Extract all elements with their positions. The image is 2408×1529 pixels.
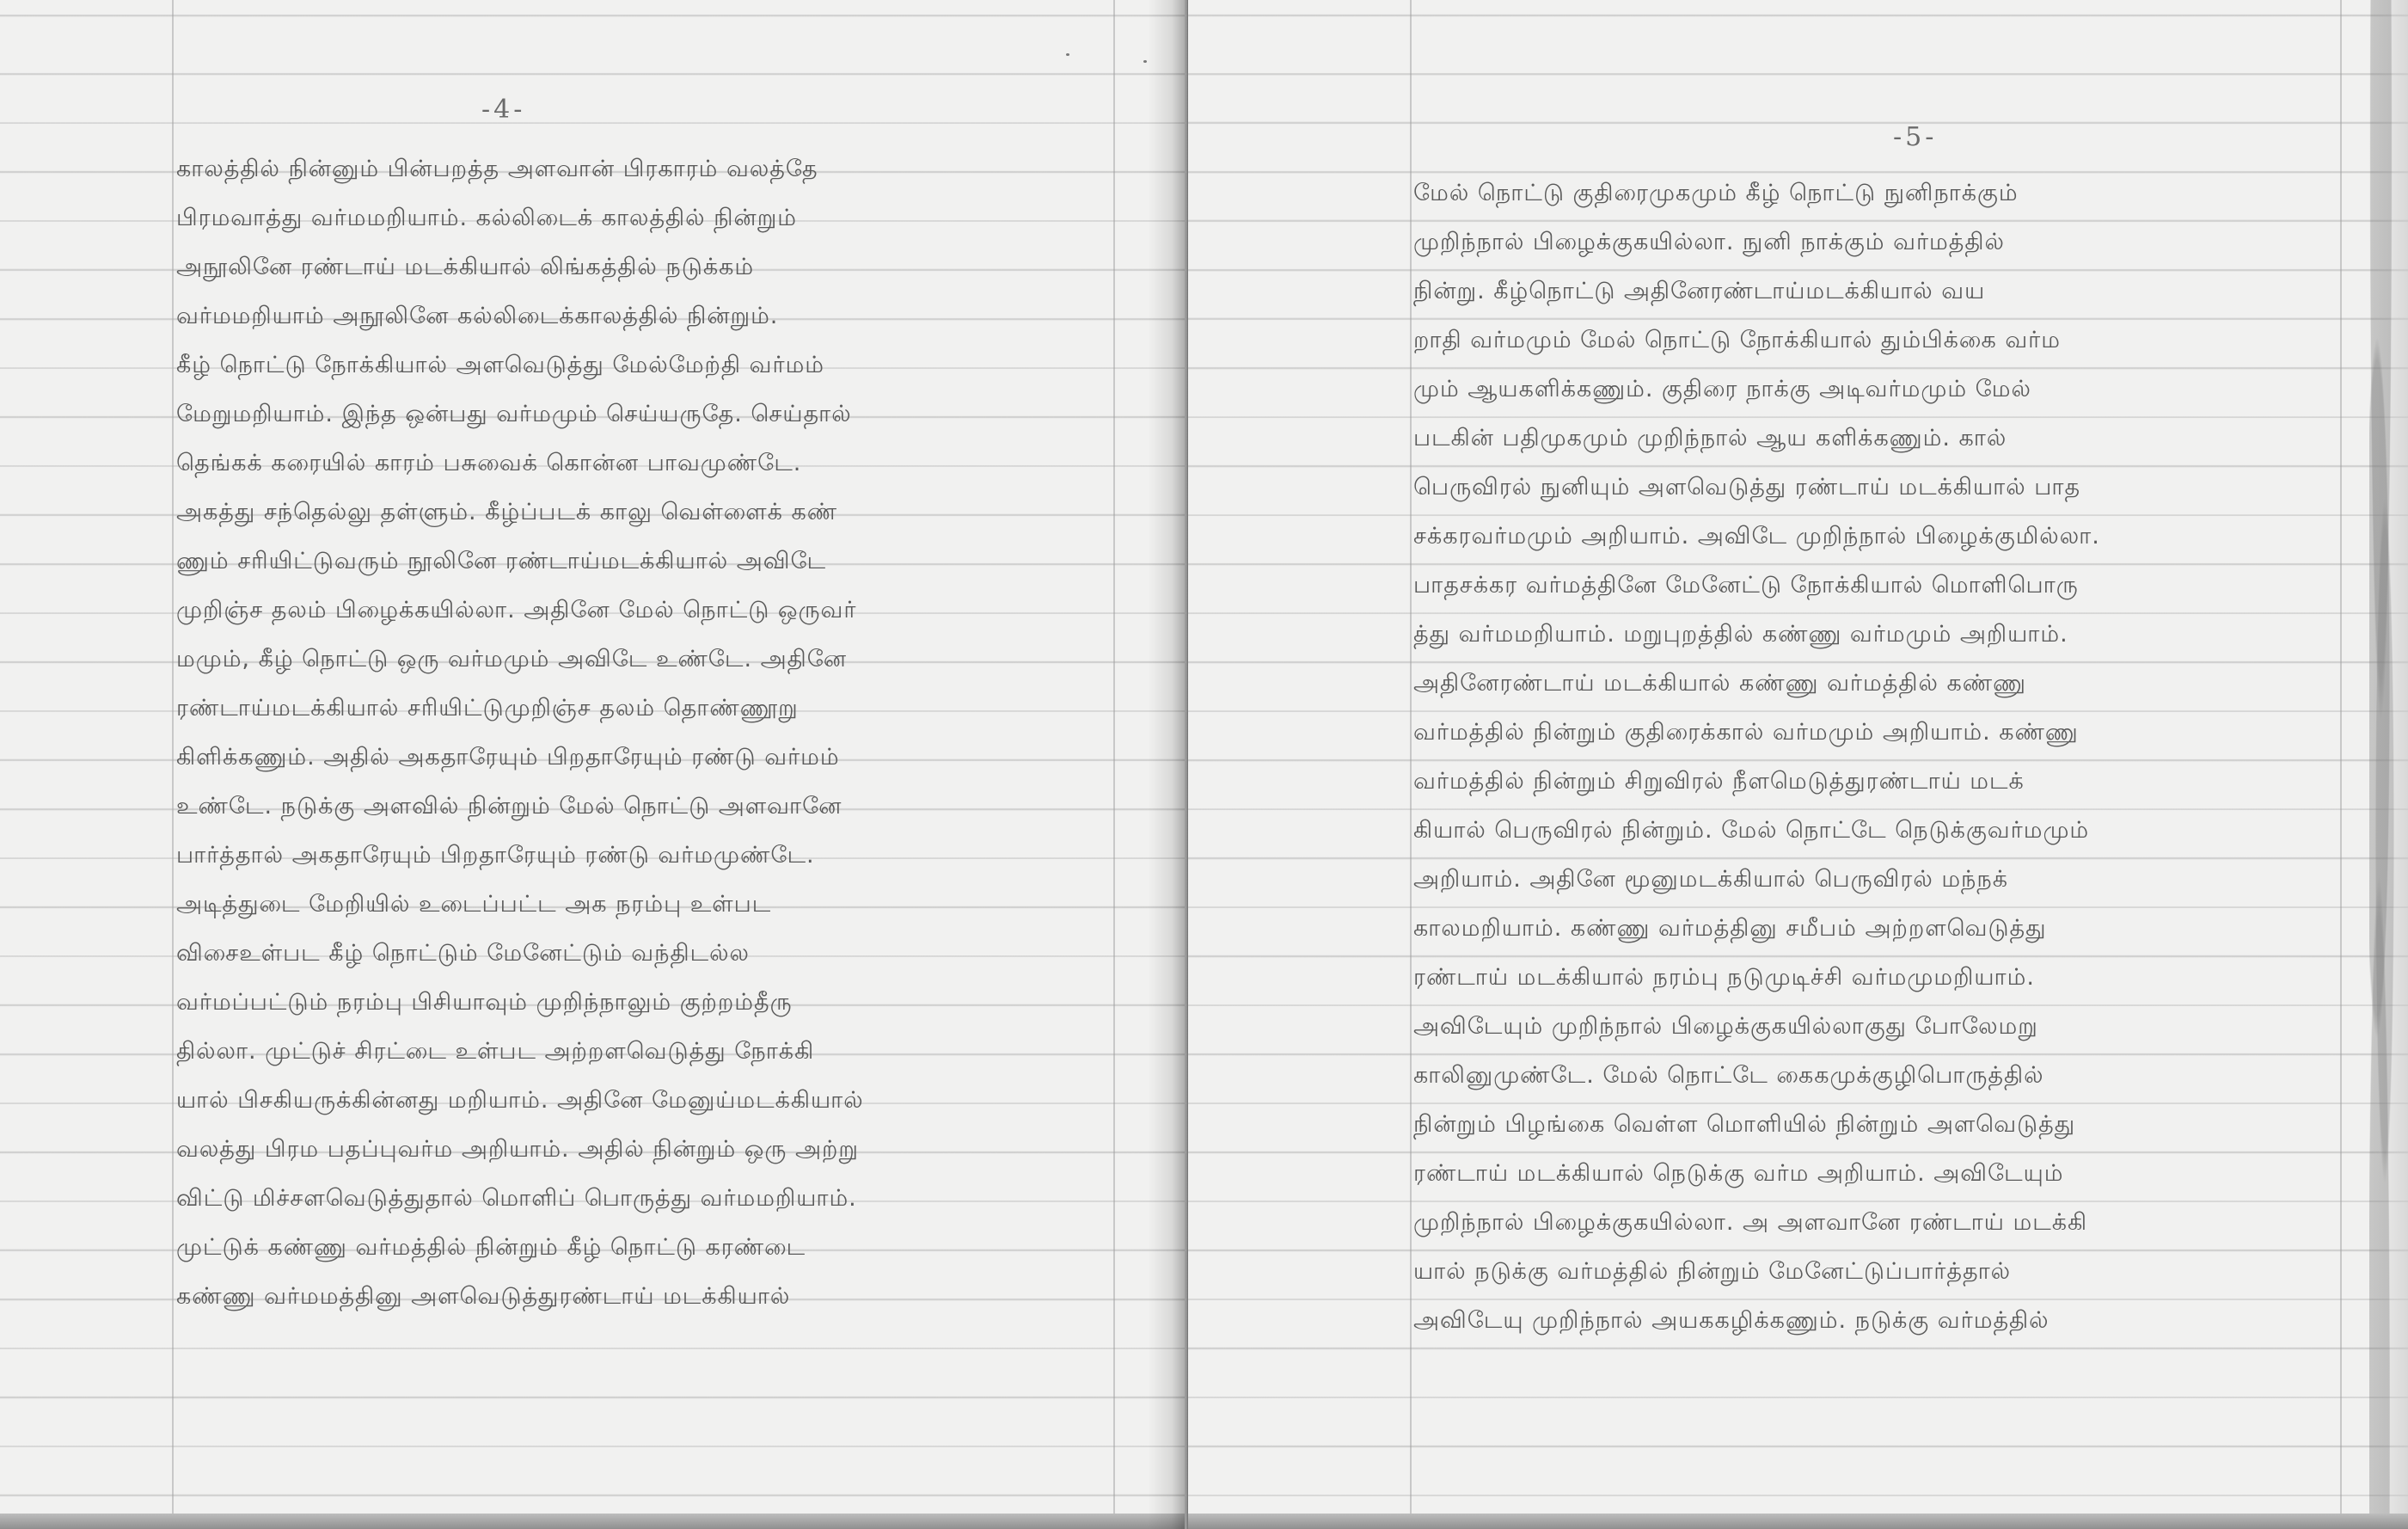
text-line: வர்மப்பட்டும் நரம்பு பிசியாவும் முறிந்நா… (176, 978, 1113, 1027)
line-text: காலத்தில் நின்னும் பின்பறத்த அளவான் பிரக… (176, 156, 818, 182)
line-text: வர்மமறியாம் அநூலினே கல்லிடைக்காலத்தில் ந… (176, 303, 778, 329)
margin-rule-left (1410, 0, 1412, 1529)
text-line: அவிடேயும் முறிந்நால் பிழைக்குகயில்லாகுது… (1413, 1002, 2342, 1051)
text-line: வர்மத்தில் நின்றும் குதிரைக்கால் வர்மமும… (1413, 708, 2342, 757)
text-line: காலினுமுண்டே. மேல் நொட்டே கைகமுக்குழிபொர… (1413, 1051, 2342, 1100)
text-line: 6அறியாம். அதினே மூனுமடக்கியால் பெருவிரல்… (1413, 855, 2342, 904)
right-page: -5- மேல் நொட்டு குதிரைமுகமும் கீழ் நொட்ட… (1188, 0, 2408, 1529)
text-line: ரண்டாய் மடக்கியால் நரம்பு நடுமுடிச்சி வர… (1413, 953, 2342, 1002)
line-text: உண்டே. நடுக்கு அளவில் நின்றும் மேல் நொட்… (176, 793, 842, 820)
line-text: பெருவிரல் நுனியும் அளவெடுத்து ரண்டாய் மட… (1413, 474, 2080, 500)
line-text: கீழ் நொட்டு நோக்கியால் அளவெடுத்து மேல்மே… (176, 352, 824, 378)
line-text: கண்ணு வர்மமத்தினு அளவெடுத்துரண்டாய் மடக்… (176, 1283, 790, 1310)
line-text: தில்லா. முட்டுச் சிரட்டை உள்பட அற்றளவெடு… (176, 1038, 814, 1065)
text-line: கியால் பெருவிரல் நின்றும். மேல் நொட்டே ந… (1413, 806, 2342, 855)
margin-rule-right (1113, 0, 1115, 1529)
text-line: நின்றும் பிழங்கை வெள்ள மொளியில் நின்றும்… (1413, 1100, 2342, 1149)
text-line: மேறுமறியாம். இந்த ஒன்பது வர்மமும் செய்யர… (176, 390, 1113, 439)
text-line: அவிடேயு முறிந்நால் அயககழிக்கணும். நடுக்க… (1413, 1296, 2342, 1345)
text-line: பாதசக்கர வர்மத்தினே மேனேட்டு நோக்கியால் … (1413, 561, 2342, 610)
line-text: நின்றும் பிழங்கை வெள்ள மொளியில் நின்றும்… (1413, 1111, 2075, 1138)
text-line: முறிந்நால் பிழைக்குகயில்லா. அ அளவானே ரண்… (1413, 1198, 2342, 1247)
text-line: வலத்து பிரம பதப்புவர்ம அறியாம். அதில் நி… (176, 1125, 1113, 1174)
page-number: -5- (1893, 122, 1937, 152)
text-line: 6மும் ஆயகளிக்கணும். குதிரை நாக்கு அடிவர்… (1413, 365, 2342, 414)
text-line: றாதி வர்மமும் மேல் நொட்டு நோக்கியால் தும… (1413, 316, 2342, 365)
text-line: அநூலினே ரண்டாய் மடக்கியால் லிங்கத்தில் ந… (176, 243, 1113, 292)
text-line: சக்கரவர்மமும் அறியாம். அவிடே முறிந்நால் … (1413, 512, 2342, 561)
text-line: வர்மமறியாம் அநூலினே கல்லிடைக்காலத்தில் ந… (176, 292, 1113, 341)
line-text: வர்மப்பட்டும் நரம்பு பிசியாவும் முறிந்நா… (176, 989, 793, 1016)
line-text: விசைஉள்பட கீழ் நொட்டும் மேனேட்டும் வந்தி… (176, 940, 750, 967)
text-line: விட்டு மிச்சளவெடுத்துதால் மொளிப் பொருத்த… (176, 1174, 1113, 1223)
line-text: வர்மத்தில் நின்றும் குதிரைக்கால் வர்மமும… (1413, 719, 2079, 746)
line-text: யால் பிசகியருக்கின்னது மறியாம். அதினே மே… (176, 1087, 864, 1114)
ink-speck (1066, 53, 1069, 56)
text-line: யால் நடுக்கு வர்மத்தில் நின்றும் மேனேட்ட… (1413, 1247, 2342, 1296)
line-text: அகத்து சந்தெல்லு தள்ளும். கீழ்ப்படக் கால… (176, 499, 837, 525)
line-text: முறிந்நால் பிழைக்குகயில்லா. நுனி நாக்கும… (1413, 229, 2005, 255)
page-bottom-edge (1188, 1514, 2408, 1529)
line-text: முட்டுக் கண்ணு வர்மத்தில் நின்றும் கீழ் … (176, 1234, 806, 1261)
line-text: வலத்து பிரம பதப்புவர்ம அறியாம். அதில் நி… (176, 1136, 859, 1163)
line-text: ரண்டாய் மடக்கியால் நரம்பு நடுமுடிச்சி வர… (1413, 964, 2035, 991)
text-line: முட்டுக் கண்ணு வர்மத்தில் நின்றும் கீழ் … (176, 1223, 1113, 1272)
line-text: காலமறியாம். கண்ணு வர்மத்தினு சமீபம் அற்ற… (1413, 915, 2047, 942)
line-text: ணும் சரியிட்டுவரும் நூலினே ரண்டாய்மடக்கி… (176, 548, 826, 574)
text-line: நின்று. கீழ்நொட்டு அதினேரண்டாய்மடக்கியால… (1413, 267, 2342, 316)
margin-rule-left (172, 0, 174, 1529)
line-text: ரண்டாய்மடக்கியால் சரியிட்டுமுறிஞ்ச தலம் … (176, 695, 799, 722)
text-line: கிளிக்கணும். அதில் அகதாரேயும் பிறதாரேயும… (176, 733, 1113, 782)
text-line: அதினேரண்டாய் மடக்கியால் கண்ணு வர்மத்தில்… (1413, 659, 2342, 708)
line-text: ரண்டாய் மடக்கியால் நெடுக்கு வர்ம அறியாம்… (1413, 1160, 2064, 1187)
handwritten-text-block: மேல் நொட்டு குதிரைமுகமும் கீழ் நொட்டு நு… (1413, 169, 2342, 1345)
line-text: நின்று. கீழ்நொட்டு அதினேரண்டாய்மடக்கியால… (1413, 278, 1985, 304)
line-text: கியால் பெருவிரல் நின்றும். மேல் நொட்டே ந… (1413, 817, 2089, 844)
line-text: மேல் நொட்டு குதிரைமுகமும் கீழ் நொட்டு நு… (1413, 180, 2019, 206)
text-line: பெருவிரல் நுனியும் அளவெடுத்து ரண்டாய் மட… (1413, 463, 2342, 512)
text-line: பார்த்தால் அகதாரேயும் பிறதாரேயும் ரண்டு … (176, 831, 1113, 880)
text-line: ணும் சரியிட்டுவரும் நூலினே ரண்டாய்மடக்கி… (176, 537, 1113, 586)
text-line: யால் பிசகியருக்கின்னது மறியாம். அதினே மே… (176, 1076, 1113, 1125)
line-text: வர்மத்தில் நின்றும் சிறுவிரல் நீளமெடுத்த… (1413, 768, 2025, 795)
text-line: உண்டே. நடுக்கு அளவில் நின்றும் மேல் நொட்… (176, 782, 1113, 831)
line-text: பார்த்தால் அகதாரேயும் பிறதாரேயும் ரண்டு … (176, 842, 815, 869)
line-text: த்து வர்மமறியாம். மறுபுறத்தில் கண்ணு வர்… (1413, 621, 2068, 648)
text-line: மேல் நொட்டு குதிரைமுகமும் கீழ் நொட்டு நு… (1413, 169, 2342, 218)
text-line: ருதில்லா. முட்டுச் சிரட்டை உள்பட அற்றளவெ… (176, 1027, 1113, 1076)
line-text: மமும், கீழ் நொட்டு ஒரு வர்மமும் அவிடே உண… (176, 646, 847, 672)
text-line: ரண்டாய்மடக்கியால் சரியிட்டுமுறிஞ்ச தலம் … (176, 684, 1113, 733)
line-text: பாதசக்கர வர்மத்தினே மேனேட்டு நோக்கியால் … (1413, 572, 2079, 599)
text-line: காலத்தில் நின்னும் பின்பறத்த அளவான் பிரக… (176, 144, 1113, 193)
line-text: அநூலினே ரண்டாய் மடக்கியால் லிங்கத்தில் ந… (176, 254, 754, 280)
text-line: முறிஞ்ச தலம் பிழைக்கயில்லா. அதினே மேல் ந… (176, 586, 1113, 635)
torn-page-edge (2369, 0, 2408, 1529)
text-line: கீழ் நொட்டு நோக்கியால் அளவெடுத்து மேல்மே… (176, 341, 1113, 390)
text-line: படகின் பதிமுகமும் முறிந்நால் ஆய களிக்கணு… (1413, 414, 2342, 463)
text-line: விசைஉள்பட கீழ் நொட்டும் மேனேட்டும் வந்தி… (176, 929, 1113, 978)
line-text: காலினுமுண்டே. மேல் நொட்டே கைகமுக்குழிபொர… (1413, 1062, 2044, 1089)
text-line: முறிந்நால் பிழைக்குகயில்லா. நுனி நாக்கும… (1413, 218, 2342, 267)
line-text: முறிந்நால் பிழைக்குகயில்லா. அ அளவானே ரண்… (1413, 1209, 2087, 1236)
line-text: அவிடேயும் முறிந்நால் பிழைக்குகயில்லாகுது… (1413, 1013, 2038, 1040)
text-line: தெங்கக் கரையில் காரம் பசுவைக் கொன்ன பாவம… (176, 439, 1113, 488)
text-line: வர்மத்தில் நின்றும் சிறுவிரல் நீளமெடுத்த… (1413, 757, 2342, 806)
text-line: அடித்துடை மேறியில் உடைப்பட்ட அக நரம்பு உ… (176, 880, 1113, 929)
handwritten-text-block: காலத்தில் நின்னும் பின்பறத்த அளவான் பிரக… (176, 144, 1113, 1321)
text-line: மமும், கீழ் நொட்டு ஒரு வர்மமும் அவிடே உண… (176, 635, 1113, 684)
line-text: யால் நடுக்கு வர்மத்தில் நின்றும் மேனேட்ட… (1413, 1258, 2011, 1285)
text-line: 6அகத்து சந்தெல்லு தள்ளும். கீழ்ப்படக் கா… (176, 488, 1113, 537)
line-text: முறிஞ்ச தலம் பிழைக்கயில்லா. அதினே மேல் ந… (176, 597, 856, 623)
line-text: கிளிக்கணும். அதில் அகதாரேயும் பிறதாரேயும… (176, 744, 840, 771)
line-text: மும் ஆயகளிக்கணும். குதிரை நாக்கு அடிவர்ம… (1413, 376, 2031, 402)
page-number: -4- (481, 95, 525, 125)
text-line: ரண்டாய் மடக்கியால் நெடுக்கு வர்ம அறியாம்… (1413, 1149, 2342, 1198)
line-text: மேறுமறியாம். இந்த ஒன்பது வர்மமும் செய்யர… (176, 401, 852, 427)
left-page: -4- காலத்தில் நின்னும் பின்பறத்த அளவான் … (0, 0, 1185, 1529)
line-text: அடித்துடை மேறியில் உடைப்பட்ட அக நரம்பு உ… (176, 891, 771, 918)
line-text: விட்டு மிச்சளவெடுத்துதால் மொளிப் பொருத்த… (176, 1185, 857, 1212)
page-bottom-edge (0, 1514, 1185, 1529)
line-text: அதினேரண்டாய் மடக்கியால் கண்ணு வர்மத்தில்… (1413, 670, 2026, 697)
ink-speck (1143, 60, 1147, 63)
line-text: தெங்கக் கரையில் காரம் பசுவைக் கொன்ன பாவம… (176, 450, 801, 476)
line-text: பிரமவாத்து வர்மமறியாம். கல்லிடைக் காலத்த… (176, 205, 797, 231)
line-text: அவிடேயு முறிந்நால் அயககழிக்கணும். நடுக்க… (1413, 1307, 2050, 1334)
text-line: கண்ணு வர்மமத்தினு அளவெடுத்துரண்டாய் மடக்… (176, 1272, 1113, 1321)
line-text: படகின் பதிமுகமும் முறிந்நால் ஆய களிக்கணு… (1413, 425, 2007, 451)
line-text: சக்கரவர்மமும் அறியாம். அவிடே முறிந்நால் … (1413, 523, 2100, 550)
text-line: காலமறியாம். கண்ணு வர்மத்தினு சமீபம் அற்ற… (1413, 904, 2342, 953)
line-text: றாதி வர்மமும் மேல் நொட்டு நோக்கியால் தும… (1413, 327, 2061, 353)
text-line: பிரமவாத்து வர்மமறியாம். கல்லிடைக் காலத்த… (176, 193, 1113, 243)
text-line: த்து வர்மமறியாம். மறுபுறத்தில் கண்ணு வர்… (1413, 610, 2342, 659)
line-text: அறியாம். அதினே மூனுமடக்கியால் பெருவிரல் … (1413, 866, 2008, 893)
